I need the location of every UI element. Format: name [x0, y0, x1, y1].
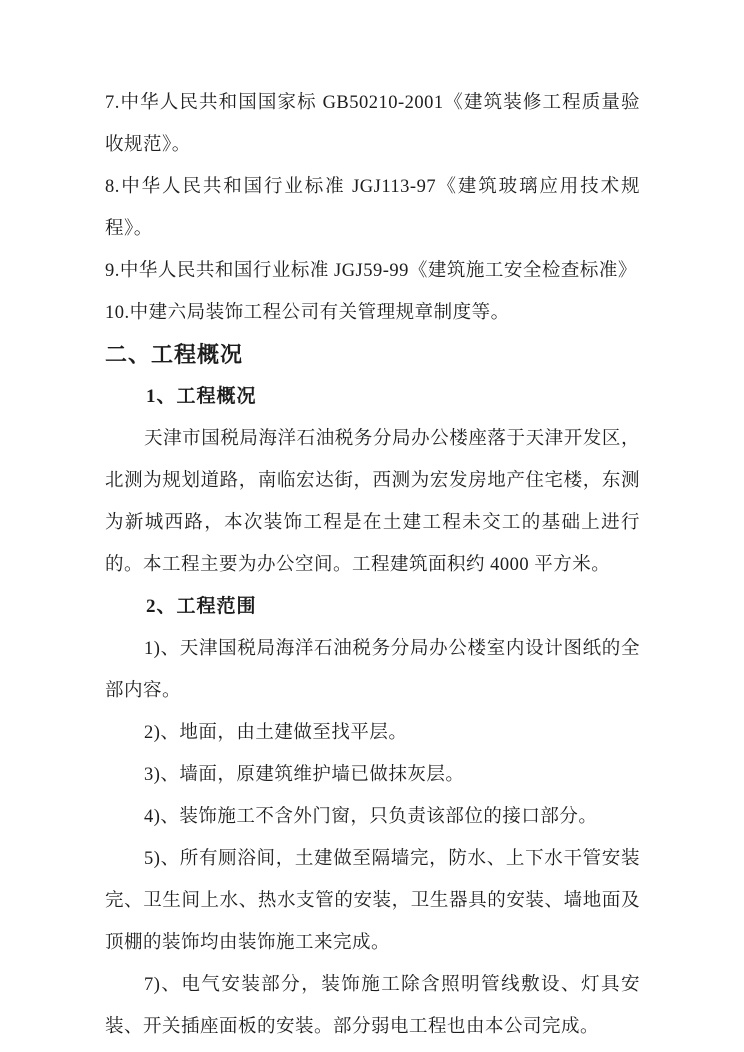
scope-item-3: 3)、墙面，原建筑维护墙已做抹灰层。	[105, 754, 640, 796]
reference-item-8: 8.中华人民共和国行业标准 JGJ113-97《建筑玻璃应用技术规程》。	[105, 166, 640, 250]
reference-item-10: 10.中建六局装饰工程公司有关管理规章制度等。	[105, 292, 640, 334]
document-page: 7.中华人民共和国国家标 GB50210-2001《建筑装修工程质量验收规范》。…	[0, 0, 744, 1052]
scope-item-4: 4)、装饰施工不含外门窗，只负责该部位的接口部分。	[105, 796, 640, 838]
paragraph-project-overview: 天津市国税局海洋石油税务分局办公楼座落于天津开发区，北测为规划道路，南临宏达街，…	[105, 418, 640, 586]
subsection-heading-scope: 2、工程范围	[105, 586, 640, 628]
scope-item-1: 1)、天津国税局海洋石油税务分局办公楼室内设计图纸的全部内容。	[105, 628, 640, 712]
scope-item-2: 2)、地面，由土建做至找平层。	[105, 712, 640, 754]
scope-item-7: 7)、电气安装部分，装饰施工除含照明管线敷设、灯具安装、开关插座面板的安装。部分…	[105, 964, 640, 1048]
section-heading-project-overview: 二、工程概况	[105, 334, 640, 376]
reference-item-9: 9.中华人民共和国行业标准 JGJ59-99《建筑施工安全检查标准》	[105, 250, 640, 292]
subsection-heading-overview: 1、工程概况	[105, 376, 640, 418]
scope-item-5: 5)、所有厕浴间，土建做至隔墙完，防水、上下水干管安装完、卫生间上水、热水支管的…	[105, 838, 640, 964]
reference-item-7: 7.中华人民共和国国家标 GB50210-2001《建筑装修工程质量验收规范》。	[105, 82, 640, 166]
